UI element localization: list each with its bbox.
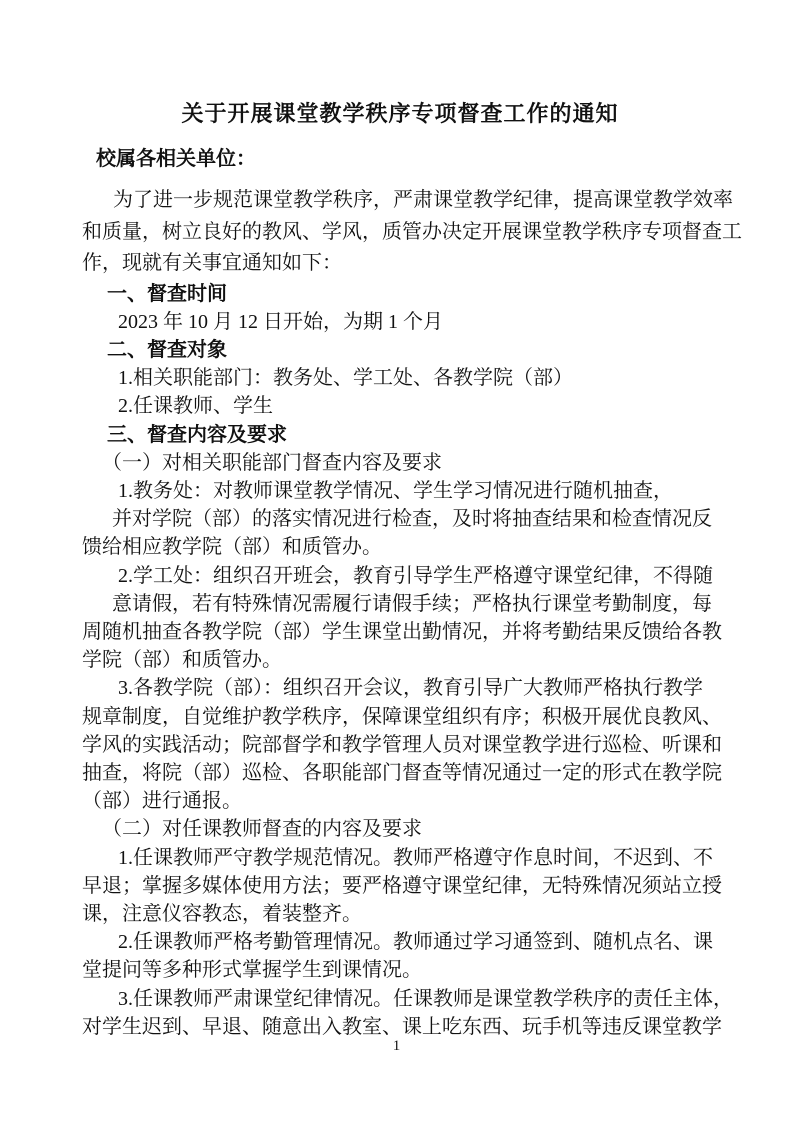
salutation: 校属各相关单位： xyxy=(96,145,718,174)
body-line: 3.各教学院（部）：组织召开会议，教育引导广大教师严格执行教学 xyxy=(118,674,718,702)
body-line: （部）进行通报。 xyxy=(82,787,718,815)
section-2-line: 1.相关职能部门：教务处、学工处、各教学院（部） xyxy=(118,364,718,392)
body-line: 堂提问等多种形式掌握学生到课情况。 xyxy=(82,956,718,984)
document-title: 关于开展课堂教学秩序专项督查工作的通知 xyxy=(82,97,718,130)
body-line: 抽查，将院（部）巡检、各职能部门督查等情况通过一定的形式在教学院 xyxy=(82,759,718,787)
body-line: 早退；掌握多媒体使用方法；要严格遵守课堂纪律，无特殊情况须站立授 xyxy=(82,872,718,900)
body-line: 学院（部）和质管办。 xyxy=(82,646,718,674)
body-line: 1.任课教师严守教学规范情况。教师严格遵守作息时间，不迟到、不 xyxy=(118,844,718,872)
body-line: 规章制度，自觉维护教学秩序，保障课堂组织有序；积极开展优良教风、 xyxy=(82,703,718,731)
intro-line: 作，现就有关事宜通知如下： xyxy=(82,248,718,280)
document-body: 一、督查时间 2023 年 10 月 12 日开始，为期 1 个月 二、督查对象… xyxy=(82,280,718,1041)
body-line: 1.教务处：对教师课堂教学情况、学生学习情况进行随机抽查， xyxy=(118,477,718,505)
document-content: 关于开展课堂教学秩序专项督查工作的通知 校属各相关单位： 为了进一步规范课堂教学… xyxy=(82,97,718,1041)
intro-line: 和质量，树立良好的教风、学风，质管办决定开展课堂教学秩序专项督查工 xyxy=(82,217,718,249)
page-number: 1 xyxy=(0,1036,793,1056)
section-2-line: 2.任课教师、学生 xyxy=(118,392,718,420)
body-line: 馈给相应教学院（部）和质管办。 xyxy=(82,533,718,561)
document-page: 关于开展课堂教学秩序专项督查工作的通知 校属各相关单位： 为了进一步规范课堂教学… xyxy=(0,0,793,1122)
section-1-heading: 一、督查时间 xyxy=(107,280,718,308)
body-line: 课，注意仪容教态，着装整齐。 xyxy=(82,900,718,928)
body-line: 并对学院（部）的落实情况进行检查，及时将抽查结果和检查情况反 xyxy=(112,505,718,533)
body-line: 3.任课教师严肃课堂纪律情况。任课教师是课堂教学秩序的责任主体， xyxy=(118,985,718,1013)
intro-line: 为了进一步规范课堂教学秩序，严肃课堂教学纪律，提高课堂教学效率 xyxy=(82,185,718,217)
body-line: 2.任课教师严格考勤管理情况。教师通过学习通签到、随机点名、课 xyxy=(118,928,718,956)
subsection-2-heading: （二）对任课教师督查的内容及要求 xyxy=(102,815,718,843)
section-1-line: 2023 年 10 月 12 日开始，为期 1 个月 xyxy=(118,308,718,336)
body-line: 2.学工处：组织召开班会，教育引导学生严格遵守课堂纪律，不得随 xyxy=(118,562,718,590)
section-2-heading: 二、督查对象 xyxy=(107,336,718,364)
body-line: 周随机抽查各教学院（部）学生课堂出勤情况，并将考勤结果反馈给各教 xyxy=(82,618,718,646)
intro-paragraph: 为了进一步规范课堂教学秩序，严肃课堂教学纪律，提高课堂教学效率 和质量，树立良好… xyxy=(82,185,718,280)
body-line: 意请假，若有特殊情况需履行请假手续；严格执行课堂考勤制度，每 xyxy=(112,590,718,618)
subsection-1-heading: （一）对相关职能部门督查内容及要求 xyxy=(102,449,718,477)
section-3-heading: 三、督查内容及要求 xyxy=(107,421,718,449)
body-line: 学风的实践活动；院部督学和教学管理人员对课堂教学进行巡检、听课和 xyxy=(82,731,718,759)
